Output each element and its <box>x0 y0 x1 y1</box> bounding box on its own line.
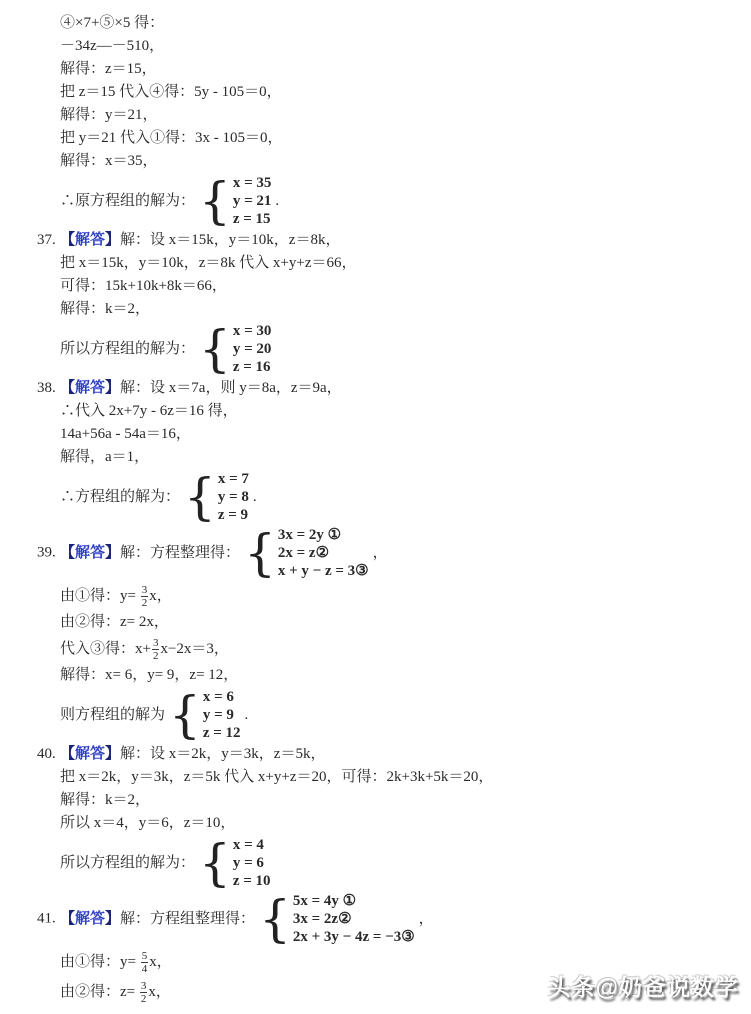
text-run: 代入③得：x+ <box>60 638 151 661</box>
answer-bracket-open: 【 <box>60 746 75 762</box>
text-run: 把 z＝15 代入④得：5y - 105＝0， <box>60 84 282 100</box>
solution-line: 把 x＝2k，y＝3k，z＝5k 代入 x+y+z＝20，可得：2k+3k+5k… <box>60 766 741 789</box>
fraction-numerator: 3 <box>141 980 147 992</box>
answer-bracket-open: 【 <box>60 911 75 927</box>
text-run: 把 y＝21 代入①得：3x - 105＝0， <box>60 130 283 146</box>
item-number: 37. <box>37 229 56 252</box>
system-label: ∴原方程组的解为： <box>60 190 195 213</box>
answer-bracket-close: 】 <box>105 232 120 248</box>
left-brace-icon: { <box>259 892 291 946</box>
text-run: －34z—－510， <box>60 38 164 54</box>
equation-system: 所以方程组的解为：{x = 30y = 20z = 16 <box>60 321 741 377</box>
equation-list: x = 6y = 9z = 12 <box>203 688 241 742</box>
solution-line: 把 x＝15k，y＝10k，z＝8k 代入 x+y+z＝66， <box>60 252 741 275</box>
equation: x = 4 <box>233 836 271 854</box>
equation-system: 所以方程组的解为：{x = 4y = 6z = 10 <box>60 835 741 891</box>
left-brace-icon: { <box>199 836 231 890</box>
item-number: 40. <box>37 743 56 766</box>
solution-line: 解得：x＝35， <box>60 150 741 173</box>
fraction-denominator: 2 <box>141 596 149 609</box>
equation: 5x = 4y ① <box>293 892 415 910</box>
solution-line: 解得，a＝1， <box>60 446 741 469</box>
equation: z = 10 <box>233 872 271 890</box>
fraction: 32 <box>140 980 148 1005</box>
text-run: x， <box>149 585 172 608</box>
item-number: 38. <box>37 377 56 400</box>
system-suffix: ， <box>419 908 434 931</box>
system-suffix: . <box>275 190 279 213</box>
equation: x = 7 <box>218 470 249 488</box>
text-run: 解得：x= 6，y= 9，z= 12， <box>60 667 238 683</box>
solution-item: 【解答】解：方程整理得：{3x = 2y ①2x = z②x + y − z =… <box>60 525 741 743</box>
equation-system: 则方程组的解为{x = 6y = 9z = 12. <box>60 687 741 743</box>
left-brace-icon: { <box>199 322 231 376</box>
equation: z = 16 <box>233 358 272 376</box>
text-run: 由②得：z= 2x， <box>60 614 169 630</box>
solution-line: 【解答】解：设 x＝2k，y＝3k，z＝5k，40. <box>60 743 741 766</box>
text-run: 解得：z＝15， <box>60 61 157 77</box>
item-number: 41. <box>37 908 56 931</box>
fraction: 54 <box>141 950 149 975</box>
solution-item: 【解答】解：设 x＝2k，y＝3k，z＝5k，40.把 x＝2k，y＝3k，z＝… <box>60 743 741 891</box>
system-suffix: . <box>245 704 249 727</box>
answer-label: 解答 <box>75 746 105 762</box>
equation-system: 【解答】解：方程组整理得：{5x = 4y ①3x = 2z②2x + 3y −… <box>60 891 741 947</box>
text-run: 解得，a＝1， <box>60 449 149 465</box>
page: { "colors": { "text": "#2a2a2a", "answer… <box>0 0 751 1014</box>
solution-item: 【解答】解：设 x＝7a，则 y＝8a，z＝9a，38.∴代入 2x+7y - … <box>60 377 741 525</box>
text-run: 由①得：y= <box>60 585 140 608</box>
answer-label: 解答 <box>75 380 105 396</box>
answer-label: 解答 <box>75 232 105 248</box>
solution-line: 【解答】解：设 x＝15k，y＝10k，z＝8k，37. <box>60 229 741 252</box>
equation: 3x = 2z② <box>293 910 415 928</box>
equation-system: ∴方程组的解为：{x = 7y = 8z = 9. <box>60 469 741 525</box>
equation: x + y − z = 3③ <box>278 562 369 580</box>
system-label: 【解答】解：方程整理得： <box>60 542 240 565</box>
text-run: 所以方程组的解为： <box>60 855 195 871</box>
solution-line: 由①得：y= 32x， <box>60 581 741 611</box>
solution-line: 【解答】解：设 x＝7a，则 y＝8a，z＝9a，38. <box>60 377 741 400</box>
text-run: ∴原方程组的解为： <box>60 193 195 209</box>
left-brace-icon: { <box>184 470 216 524</box>
equation: y = 9 <box>203 706 241 724</box>
text-run: ∴方程组的解为： <box>60 489 180 505</box>
fraction: 32 <box>152 637 160 662</box>
system-suffix: . <box>253 486 257 509</box>
equation: y = 6 <box>233 854 271 872</box>
text-run: 由②得：z= <box>60 981 139 1004</box>
text-run: 解：方程组整理得： <box>120 911 255 927</box>
equation: y = 20 <box>233 340 272 358</box>
equation: x = 6 <box>203 688 241 706</box>
text-run: 14a+56a - 54a＝16， <box>60 426 191 442</box>
watermark: 头条@奶爸说数学 <box>548 969 739 1002</box>
text-run: ∴代入 2x+7y - 6z＝16 得， <box>60 403 238 419</box>
fraction: 32 <box>141 584 149 609</box>
text-run: 解：设 x＝15k，y＝10k，z＝8k， <box>120 232 340 248</box>
text-run: 解得：k＝2， <box>60 792 150 808</box>
answer-bracket-open: 【 <box>60 545 75 561</box>
text-run: 解得：x＝35， <box>60 153 158 169</box>
equation: z = 12 <box>203 724 241 742</box>
text-run: 解：方程整理得： <box>120 545 240 561</box>
fraction-denominator: 4 <box>141 962 149 975</box>
system-label: 所以方程组的解为： <box>60 338 195 361</box>
fraction-numerator: 3 <box>153 637 159 649</box>
equation-list: x = 30y = 20z = 16 <box>233 322 272 376</box>
answer-label: 解答 <box>75 911 105 927</box>
text-run: x， <box>148 981 171 1004</box>
system-label: 则方程组的解为 <box>60 704 165 727</box>
document: ④×7+⑤×5 得：－34z—－510，解得：z＝15，把 z＝15 代入④得：… <box>0 0 751 1007</box>
answer-bracket-close: 】 <box>105 545 120 561</box>
solution-line: 所以 x＝4，y＝6，z＝10， <box>60 812 741 835</box>
answer-bracket-open: 【 <box>60 232 75 248</box>
fraction-numerator: 3 <box>142 584 148 596</box>
text-run: 所以方程组的解为： <box>60 341 195 357</box>
equation-system: 【解答】解：方程整理得：{3x = 2y ①2x = z②x + y − z =… <box>60 525 741 581</box>
answer-bracket-open: 【 <box>60 380 75 396</box>
solution-line: 14a+56a - 54a＝16， <box>60 423 741 446</box>
equation: z = 15 <box>233 210 272 228</box>
solution-item: ④×7+⑤×5 得：－34z—－510，解得：z＝15，把 z＝15 代入④得：… <box>60 12 741 229</box>
solution-line: 解得：z＝15， <box>60 58 741 81</box>
solution-line: 代入③得：x+32x−2x＝3， <box>60 634 741 664</box>
text-run: 所以 x＝4，y＝6，z＝10， <box>60 815 235 831</box>
solution-line: ④×7+⑤×5 得： <box>60 12 741 35</box>
equation-list: x = 35y = 21z = 15 <box>233 174 272 228</box>
solution-line: 解得：y＝21， <box>60 104 741 127</box>
text-run: 可得：15k+10k+8k＝66， <box>60 278 227 294</box>
fraction-denominator: 2 <box>140 992 148 1005</box>
equation: x = 35 <box>233 174 272 192</box>
solution-item: 【解答】解：设 x＝15k，y＝10k，z＝8k，37.把 x＝15k，y＝10… <box>60 229 741 377</box>
equation-list: 3x = 2y ①2x = z②x + y − z = 3③ <box>278 526 369 580</box>
text-run: x， <box>149 951 172 974</box>
solution-line: 解得：x= 6，y= 9，z= 12， <box>60 664 741 687</box>
equation: 3x = 2y ① <box>278 526 369 544</box>
item-number: 39. <box>37 542 56 565</box>
equation: y = 8 <box>218 488 249 506</box>
solution-line: 可得：15k+10k+8k＝66， <box>60 275 741 298</box>
system-label: ∴方程组的解为： <box>60 486 180 509</box>
solution-line: －34z—－510， <box>60 35 741 58</box>
fraction-denominator: 2 <box>152 649 160 662</box>
equation-list: x = 7y = 8z = 9 <box>218 470 249 524</box>
system-suffix: ， <box>373 542 388 565</box>
system-label: 【解答】解：方程组整理得： <box>60 908 255 931</box>
equation: z = 9 <box>218 506 249 524</box>
equation-list: 5x = 4y ①3x = 2z②2x + 3y − 4z = −3③ <box>293 892 415 946</box>
answer-bracket-close: 】 <box>105 746 120 762</box>
equation: 2x + 3y − 4z = −3③ <box>293 928 415 946</box>
text-run: 解得：y＝21， <box>60 107 158 123</box>
solution-line: 解得：k＝2， <box>60 298 741 321</box>
equation: x = 30 <box>233 322 272 340</box>
text-run: 则方程组的解为 <box>60 707 165 723</box>
answer-bracket-close: 】 <box>105 911 120 927</box>
text-run: 解：设 x＝2k，y＝3k，z＝5k， <box>120 746 325 762</box>
equation-list: x = 4y = 6z = 10 <box>233 836 271 890</box>
left-brace-icon: { <box>169 688 201 742</box>
left-brace-icon: { <box>199 174 231 228</box>
text-run: 把 x＝15k，y＝10k，z＝8k 代入 x+y+z＝66， <box>60 255 357 271</box>
solution-line: 由②得：z= 2x， <box>60 611 741 634</box>
solution-line: 把 z＝15 代入④得：5y - 105＝0， <box>60 81 741 104</box>
fraction-numerator: 5 <box>142 950 148 962</box>
text-run: 解得：k＝2， <box>60 301 150 317</box>
solution-line: ∴代入 2x+7y - 6z＝16 得， <box>60 400 741 423</box>
text-run: ④×7+⑤×5 得： <box>60 15 164 31</box>
text-run: x−2x＝3， <box>160 638 228 661</box>
solution-line: 把 y＝21 代入①得：3x - 105＝0， <box>60 127 741 150</box>
equation-system: ∴原方程组的解为：{x = 35y = 21z = 15. <box>60 173 741 229</box>
text-run: 把 x＝2k，y＝3k，z＝5k 代入 x+y+z＝20，可得：2k+3k+5k… <box>60 769 493 785</box>
answer-bracket-close: 】 <box>105 380 120 396</box>
left-brace-icon: { <box>244 526 276 580</box>
system-label: 所以方程组的解为： <box>60 852 195 875</box>
text-run: 解：设 x＝7a，则 y＝8a，z＝9a， <box>120 380 342 396</box>
equation: 2x = z② <box>278 544 369 562</box>
text-run: 由①得：y= <box>60 951 140 974</box>
solution-line: 解得：k＝2， <box>60 789 741 812</box>
answer-label: 解答 <box>75 545 105 561</box>
equation: y = 21 <box>233 192 272 210</box>
